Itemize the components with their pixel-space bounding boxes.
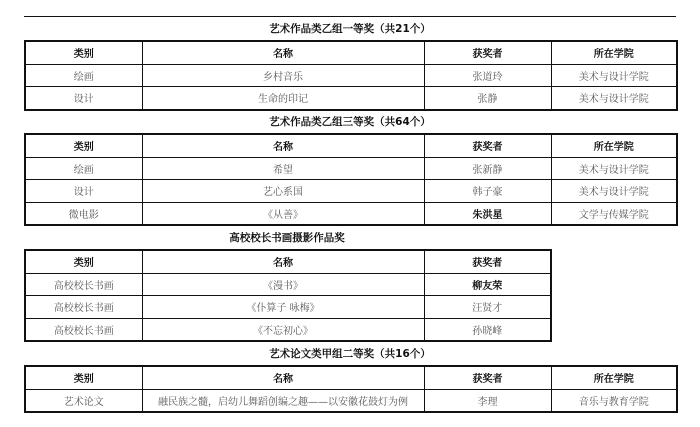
table-header-row: 类别 名称 获奖者 所在学院 — [25, 134, 677, 157]
cell-college: 音乐与教育学院 — [551, 389, 677, 412]
cell-name: 生命的印记 — [142, 87, 424, 110]
cell-category: 绘画 — [25, 64, 142, 87]
table-row: 高校校长书画 《仆算子 咏梅》 汪贤才 — [25, 296, 551, 319]
cell-name: 《仆算子 咏梅》 — [142, 296, 424, 319]
cell-winner: 汪贤才 — [424, 296, 551, 319]
cell-college: 美术与设计学院 — [551, 180, 677, 203]
table-row: 高校校长书画 《漫书》 柳友荣 — [25, 273, 551, 296]
table-row: 设计 生命的印记 张静 美术与设计学院 — [25, 87, 677, 110]
cell-college: 美术与设计学院 — [551, 157, 677, 180]
table-row: 微电影 《从善》 朱洪星 文学与传媒学院 — [25, 202, 677, 225]
cell-college: 文学与传媒学院 — [551, 202, 677, 225]
top-divider-rule — [24, 16, 676, 17]
header-name: 名称 — [142, 250, 424, 273]
cell-name: 乡村音乐 — [142, 64, 424, 87]
cell-category: 艺术论文 — [25, 389, 142, 412]
section-title-art-works-group-b-third-prize: 艺术作品类乙组三等奖（共64个） — [24, 115, 676, 129]
table-president-calligraphy-award: 类别 名称 获奖者 高校校长书画 《漫书》 柳友荣 高校校长书画 《仆算子 咏梅… — [24, 249, 552, 342]
cell-winner: 韩子豪 — [424, 180, 551, 203]
section-title-art-works-group-b-first-prize: 艺术作品类乙组一等奖（共21个） — [24, 22, 676, 36]
header-name: 名称 — [142, 134, 424, 157]
header-category: 类别 — [25, 250, 142, 273]
header-college: 所在学院 — [551, 41, 677, 64]
cell-winner: 朱洪星 — [424, 202, 551, 225]
cell-category: 高校校长书画 — [25, 296, 142, 319]
cell-winner: 张新静 — [424, 157, 551, 180]
cell-category: 微电影 — [25, 202, 142, 225]
cell-winner: 张道玲 — [424, 64, 551, 87]
cell-category: 绘画 — [25, 157, 142, 180]
table-art-paper-group-a-second-prize: 类别 名称 获奖者 所在学院 艺术论文 融民族之髓，启幼儿舞蹈创编之趣——以安徽… — [24, 365, 678, 413]
table-row: 艺术论文 融民族之髓，启幼儿舞蹈创编之趣——以安徽花鼓灯为例 李理 音乐与教育学… — [25, 389, 677, 412]
cell-category: 高校校长书画 — [25, 273, 142, 296]
section-title-president-calligraphy-award: 高校校长书画摄影作品奖 — [24, 231, 550, 245]
cell-winner: 张静 — [424, 87, 551, 110]
cell-category: 设计 — [25, 180, 142, 203]
cell-college: 美术与设计学院 — [551, 87, 677, 110]
header-name: 名称 — [142, 366, 424, 389]
header-category: 类别 — [25, 366, 142, 389]
header-category: 类别 — [25, 41, 142, 64]
header-winner: 获奖者 — [424, 134, 551, 157]
cell-category: 设计 — [25, 87, 142, 110]
table-row: 绘画 乡村音乐 张道玲 美术与设计学院 — [25, 64, 677, 87]
header-college: 所在学院 — [551, 366, 677, 389]
header-winner: 获奖者 — [424, 41, 551, 64]
cell-name: 希望 — [142, 157, 424, 180]
cell-name: 《从善》 — [142, 202, 424, 225]
header-category: 类别 — [25, 134, 142, 157]
table-row: 绘画 希望 张新静 美术与设计学院 — [25, 157, 677, 180]
header-winner: 获奖者 — [424, 250, 551, 273]
header-name: 名称 — [142, 41, 424, 64]
header-college: 所在学院 — [551, 134, 677, 157]
table-row: 高校校长书画 《不忘初心》 孙晓峰 — [25, 318, 551, 341]
header-winner: 获奖者 — [424, 366, 551, 389]
section-title-art-paper-group-a-second-prize: 艺术论文类甲组二等奖（共16个） — [24, 347, 676, 361]
cell-winner: 柳友荣 — [424, 273, 551, 296]
cell-winner: 李理 — [424, 389, 551, 412]
table-header-row: 类别 名称 获奖者 — [25, 250, 551, 273]
cell-name: 艺心系国 — [142, 180, 424, 203]
cell-category: 高校校长书画 — [25, 318, 142, 341]
table-header-row: 类别 名称 获奖者 所在学院 — [25, 41, 677, 64]
cell-name: 《不忘初心》 — [142, 318, 424, 341]
table-header-row: 类别 名称 获奖者 所在学院 — [25, 366, 677, 389]
cell-name: 融民族之髓，启幼儿舞蹈创编之趣——以安徽花鼓灯为例 — [142, 389, 424, 412]
table-row: 设计 艺心系国 韩子豪 美术与设计学院 — [25, 180, 677, 203]
cell-college: 美术与设计学院 — [551, 64, 677, 87]
cell-name: 《漫书》 — [142, 273, 424, 296]
table-art-works-group-b-third-prize: 类别 名称 获奖者 所在学院 绘画 希望 张新静 美术与设计学院 设计 艺心系国… — [24, 133, 678, 226]
cell-winner: 孙晓峰 — [424, 318, 551, 341]
table-art-works-group-b-first-prize: 类别 名称 获奖者 所在学院 绘画 乡村音乐 张道玲 美术与设计学院 设计 生命… — [24, 40, 678, 111]
